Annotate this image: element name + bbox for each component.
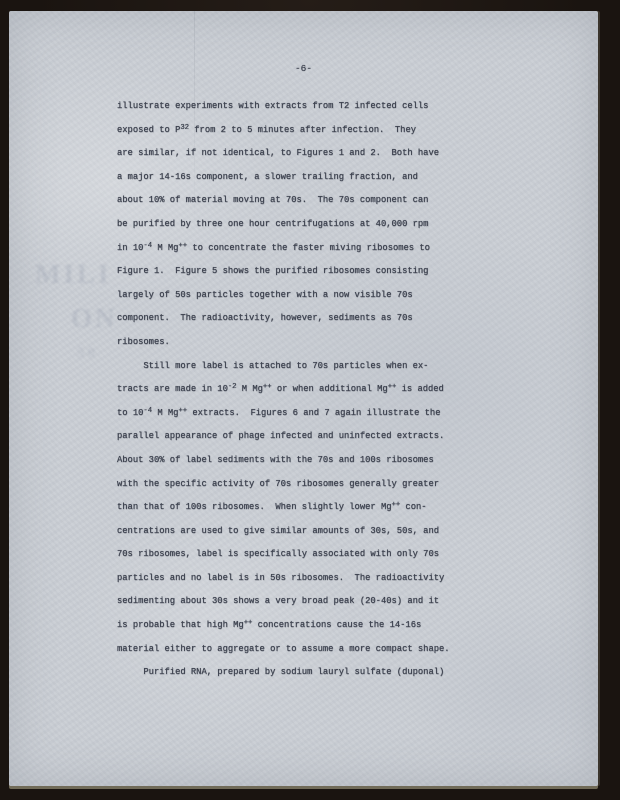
text-line: Purified RNA, prepared by sodium lauryl … bbox=[117, 661, 537, 685]
text-line: centrations are used to give similar amo… bbox=[117, 520, 537, 544]
text-line: with the specific activity of 70s riboso… bbox=[117, 473, 537, 497]
text-line: about 10% of material moving at 70s. The… bbox=[117, 189, 537, 213]
text-line: tracts are made in 10-2 M Mg++ or when a… bbox=[117, 378, 537, 402]
text-line: About 30% of label sediments with the 70… bbox=[117, 449, 537, 473]
text-line: illustrate experiments with extracts fro… bbox=[117, 95, 537, 119]
text-line: than that of 100s ribosomes. When slight… bbox=[117, 496, 537, 520]
text-line: in 10-4 M Mg++ to concentrate the faster… bbox=[117, 237, 537, 261]
bleedthrough-watermark-fragment: ON bbox=[71, 303, 118, 334]
text-line: particles and no label is in 50s ribosom… bbox=[117, 567, 537, 591]
text-line: parallel appearance of phage infected an… bbox=[117, 425, 537, 449]
text-line: largely of 50s particles together with a… bbox=[117, 284, 537, 308]
text-line: material either to aggregate or to assum… bbox=[117, 638, 537, 662]
scan-background: MILI ON 50 -6- illustrate experiments wi… bbox=[0, 0, 620, 800]
bleedthrough-watermark-fragment: MILI bbox=[35, 259, 112, 290]
text-line: Still more label is attached to 70s part… bbox=[117, 355, 537, 379]
text-line: exposed to P32 from 2 to 5 minutes after… bbox=[117, 119, 537, 143]
text-line: is probable that high Mg++ concentration… bbox=[117, 614, 537, 638]
typewritten-text-block: illustrate experiments with extracts fro… bbox=[117, 95, 537, 685]
page-number: -6- bbox=[9, 62, 598, 76]
text-line: 70s ribosomes, label is specifically ass… bbox=[117, 543, 537, 567]
text-line: to 10-4 M Mg++ extracts. Figures 6 and 7… bbox=[117, 402, 537, 426]
text-line: a major 14-16s component, a slower trail… bbox=[117, 166, 537, 190]
text-line: sedimenting about 30s shows a very broad… bbox=[117, 590, 537, 614]
text-line: are similar, if not identical, to Figure… bbox=[117, 142, 537, 166]
text-line: ribosomes. bbox=[117, 331, 537, 355]
bleedthrough-watermark-fragment: 50 bbox=[77, 345, 98, 362]
text-line: be purified by three one hour centrifuga… bbox=[117, 213, 537, 237]
text-line: component. The radioactivity, however, s… bbox=[117, 307, 537, 331]
text-line: Figure 1. Figure 5 shows the purified ri… bbox=[117, 260, 537, 284]
document-page: MILI ON 50 -6- illustrate experiments wi… bbox=[9, 11, 598, 786]
